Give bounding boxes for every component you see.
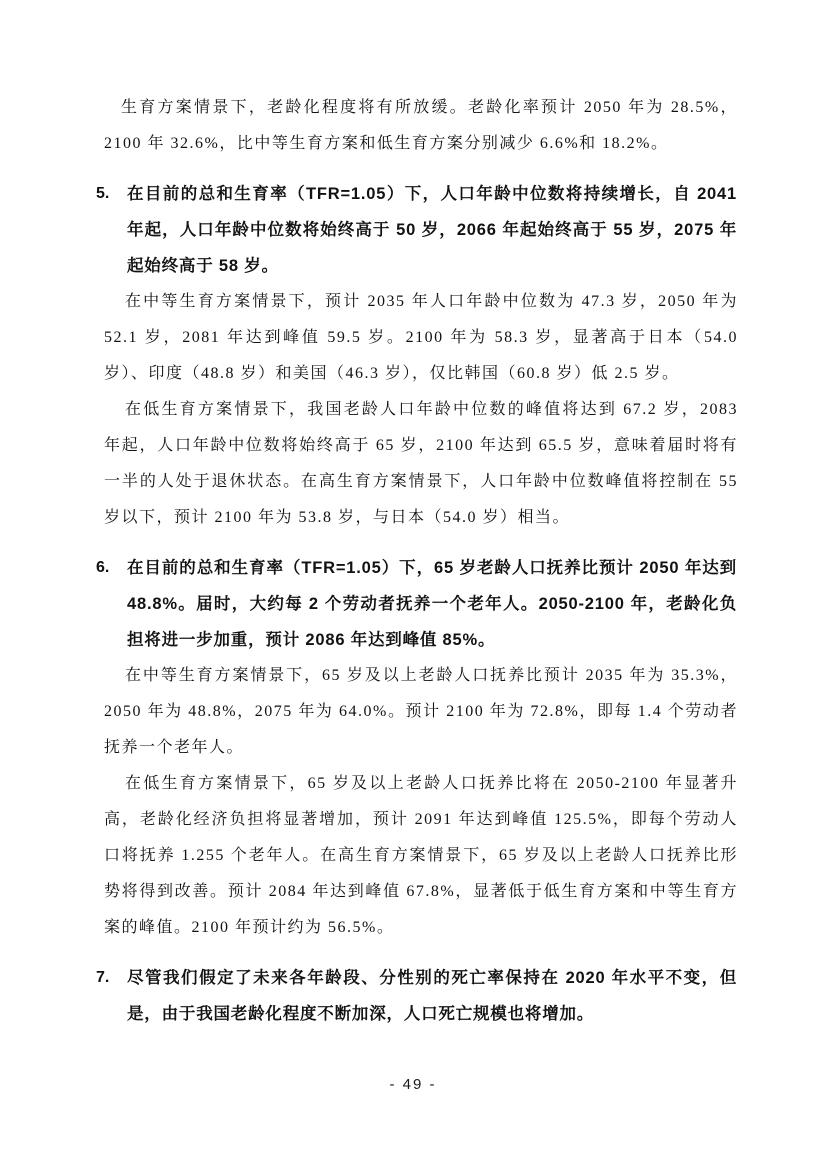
list-item-5: 5. 在目前的总和生育率（TFR=1.05）下，人口年龄中位数将持续增长，自 2… xyxy=(0,176,826,536)
document-content: 生育方案情景下，老龄化程度将有所放缓。老龄化率预计 2050 年为 28.5%，… xyxy=(0,0,826,1032)
list-item-5-number: 5. xyxy=(96,176,109,212)
list-item-5-lead-text: 在目前的总和生育率（TFR=1.05）下，人口年龄中位数将持续增长，自 2041… xyxy=(127,176,737,284)
document-page: 生育方案情景下，老龄化程度将有所放缓。老龄化率预计 2050 年为 28.5%，… xyxy=(0,0,826,1169)
paragraph-continuation: 生育方案情景下，老龄化程度将有所放缓。老龄化率预计 2050 年为 28.5%，… xyxy=(104,90,738,162)
list-item-6-paragraph-medium-scenario: 在中等生育方案情景下，65 岁及以上老龄人口抚养比预计 2035 年为 35.3… xyxy=(104,658,738,766)
list-item-7-lead-text: 尽管我们假定了未来各年龄段、分性别的死亡率保持在 2020 年水平不变，但是，由… xyxy=(127,960,737,1032)
page-number: - 49 - xyxy=(0,1076,826,1093)
list-item-5-lead: 5. 在目前的总和生育率（TFR=1.05）下，人口年龄中位数将持续增长，自 2… xyxy=(127,176,737,284)
list-item-7: 7. 尽管我们假定了未来各年龄段、分性别的死亡率保持在 2020 年水平不变，但… xyxy=(0,960,826,1032)
list-item-6-lead-text: 在目前的总和生育率（TFR=1.05）下，65 岁老龄人口抚养比预计 2050 … xyxy=(127,550,737,658)
list-item-6-number: 6. xyxy=(96,550,109,586)
list-item-5-paragraph-low-high-scenario: 在低生育方案情景下，我国老龄人口年龄中位数的峰值将达到 67.2 岁，2083 … xyxy=(104,392,738,536)
list-item-7-lead: 7. 尽管我们假定了未来各年龄段、分性别的死亡率保持在 2020 年水平不变，但… xyxy=(127,960,737,1032)
list-item-5-paragraph-medium-scenario: 在中等生育方案情景下，预计 2035 年人口年龄中位数为 47.3 岁，2050… xyxy=(104,284,738,392)
list-item-6-paragraph-low-high-scenario: 在低生育方案情景下，65 岁及以上老龄人口抚养比将在 2050-2100 年显著… xyxy=(104,766,738,946)
list-item-7-number: 7. xyxy=(96,960,109,996)
list-item-6: 6. 在目前的总和生育率（TFR=1.05）下，65 岁老龄人口抚养比预计 20… xyxy=(0,550,826,946)
list-item-6-lead: 6. 在目前的总和生育率（TFR=1.05）下，65 岁老龄人口抚养比预计 20… xyxy=(127,550,737,658)
